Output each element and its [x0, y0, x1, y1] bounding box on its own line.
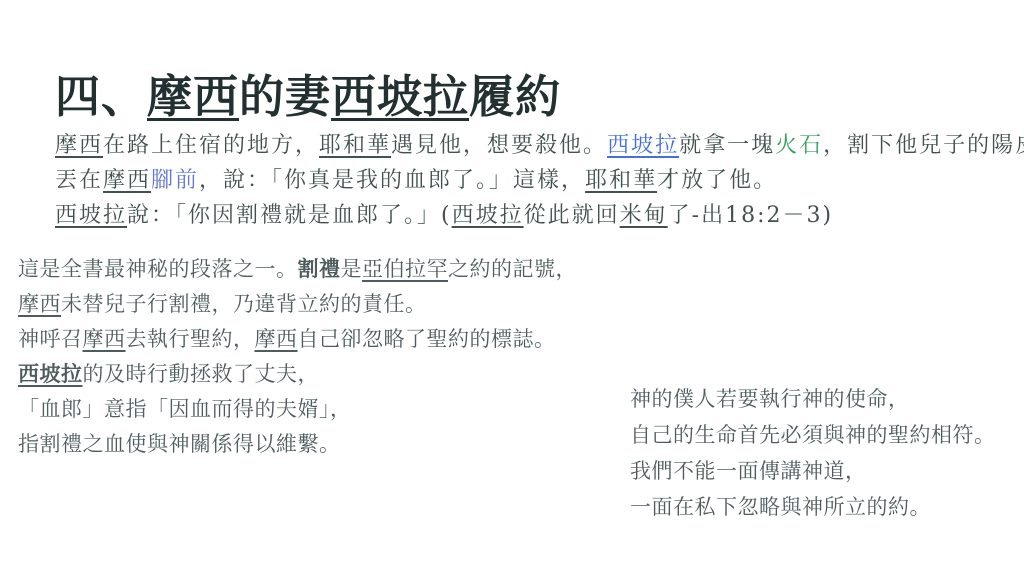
text-run: 西坡拉 [331, 71, 469, 122]
text-run: 了-出18:2－3) [668, 203, 833, 228]
text-run: 西坡拉 [18, 363, 83, 386]
commentary-line: 指割禮之血使與神關係得以維繫。 [18, 427, 577, 462]
text-run: 摩西 [255, 328, 298, 351]
scripture-quote-block: 摩西在路上住宿的地方，耶和華遇見他，想要殺他。西坡拉就拿一塊火石，割下他兒子的陽… [55, 128, 1024, 233]
text-run: 未替兒子行割禮，乃違背立約的責任。 [61, 293, 427, 316]
text-run: 說：「你因割禮就是血郎了。」( [127, 203, 452, 228]
text-run: 去執行聖約， [126, 328, 255, 351]
application-line: 自己的生命首先必須與神的聖約相符。 [630, 418, 996, 454]
scripture-line: 西坡拉說：「你因割禮就是血郎了。」(西坡拉從此就回米甸了-出18:2－3) [55, 198, 1024, 233]
text-run: 西坡拉 [55, 203, 127, 228]
text-run: 的及時行動拯救了丈夫， [83, 363, 320, 386]
commentary-line: 神呼召摩西去執行聖約，摩西自己卻忽略了聖約的標誌。 [18, 322, 577, 357]
commentary-line: 這是全書最神秘的段落之一。割禮是亞伯拉罕之約的記號， [18, 252, 577, 287]
text-run: 自己卻忽略了聖約的標誌。 [298, 328, 556, 351]
scripture-line: 丟在摩西腳前，說：「你真是我的血郎了。」這樣，耶和華才放了他。 [55, 163, 1024, 198]
text-run: 米甸 [620, 203, 668, 228]
text-run: 的妻 [239, 71, 331, 122]
application-line: 一面在私下忽略與神所立的約。 [630, 490, 996, 526]
text-run: ，說：「你真是我的血郎了。」這樣， [199, 168, 585, 193]
text-run: 履約 [469, 71, 561, 122]
text-run: 割禮 [298, 258, 341, 281]
text-run: 耶和華 [585, 168, 657, 193]
text-run: 這是全書最神秘的段落之一。 [18, 258, 298, 281]
text-run: 我們不能一面傳講神道， [630, 460, 867, 483]
text-run: 摩西 [83, 328, 126, 351]
text-run: 摩西 [147, 71, 239, 122]
text-run: 「血郎」意指「因血而得的夫婿」， [18, 398, 352, 421]
text-run: 摩西 [55, 133, 103, 158]
text-run: 神的僕人若要執行神的使命， [630, 388, 910, 411]
text-run: 才放了他。 [657, 168, 777, 193]
text-run: 就拿一塊 [679, 133, 775, 158]
text-run: 是 [341, 258, 363, 281]
commentary-block: 這是全書最神秘的段落之一。割禮是亞伯拉罕之約的記號，摩西未替兒子行割禮，乃違背立… [18, 252, 577, 462]
link-text[interactable]: 西坡拉 [607, 133, 679, 158]
text-run: 在路上住宿的地方， [103, 133, 319, 158]
text-run: 腳前 [151, 168, 199, 193]
text-run: 神呼召 [18, 328, 83, 351]
text-run: 摩西 [18, 293, 61, 316]
text-run: 自己的生命首先必須與神的聖約相符。 [630, 424, 996, 447]
slide-title: 四、摩西的妻西坡拉履約 [55, 60, 561, 125]
text-run: 四、 [55, 71, 147, 122]
text-run: 一面在私下忽略與神所立的約。 [630, 496, 931, 519]
text-run: 耶和華 [319, 133, 391, 158]
commentary-line: 「血郎」意指「因血而得的夫婿」， [18, 392, 577, 427]
text-run: 西坡拉 [452, 203, 524, 228]
commentary-line: 西坡拉的及時行動拯救了丈夫， [18, 357, 577, 392]
text-run: 摩西 [103, 168, 151, 193]
text-run: ，割下他兒子的陽皮， [823, 133, 1024, 158]
commentary-line: 摩西未替兒子行割禮，乃違背立約的責任。 [18, 287, 577, 322]
title-line: 四、摩西的妻西坡拉履約 [55, 60, 561, 125]
text-run: 指割禮之血使與神關係得以維繫。 [18, 433, 341, 456]
slide: 四、摩西的妻西坡拉履約 摩西在路上住宿的地方，耶和華遇見他，想要殺他。西坡拉就拿… [0, 0, 1024, 576]
application-line: 我們不能一面傳講神道， [630, 454, 996, 490]
text-run: 丟在 [55, 168, 103, 193]
text-run: 火石 [775, 133, 823, 158]
scripture-line: 摩西在路上住宿的地方，耶和華遇見他，想要殺他。西坡拉就拿一塊火石，割下他兒子的陽… [55, 128, 1024, 163]
application-line: 神的僕人若要執行神的使命， [630, 382, 996, 418]
application-block: 神的僕人若要執行神的使命，自己的生命首先必須與神的聖約相符。我們不能一面傳講神道… [630, 382, 996, 526]
text-run: 之約的記號， [448, 258, 577, 281]
text-run: 遇見他，想要殺他。 [391, 133, 607, 158]
text-run: 亞伯拉罕 [362, 258, 448, 281]
text-run: 從此就回 [524, 203, 620, 228]
